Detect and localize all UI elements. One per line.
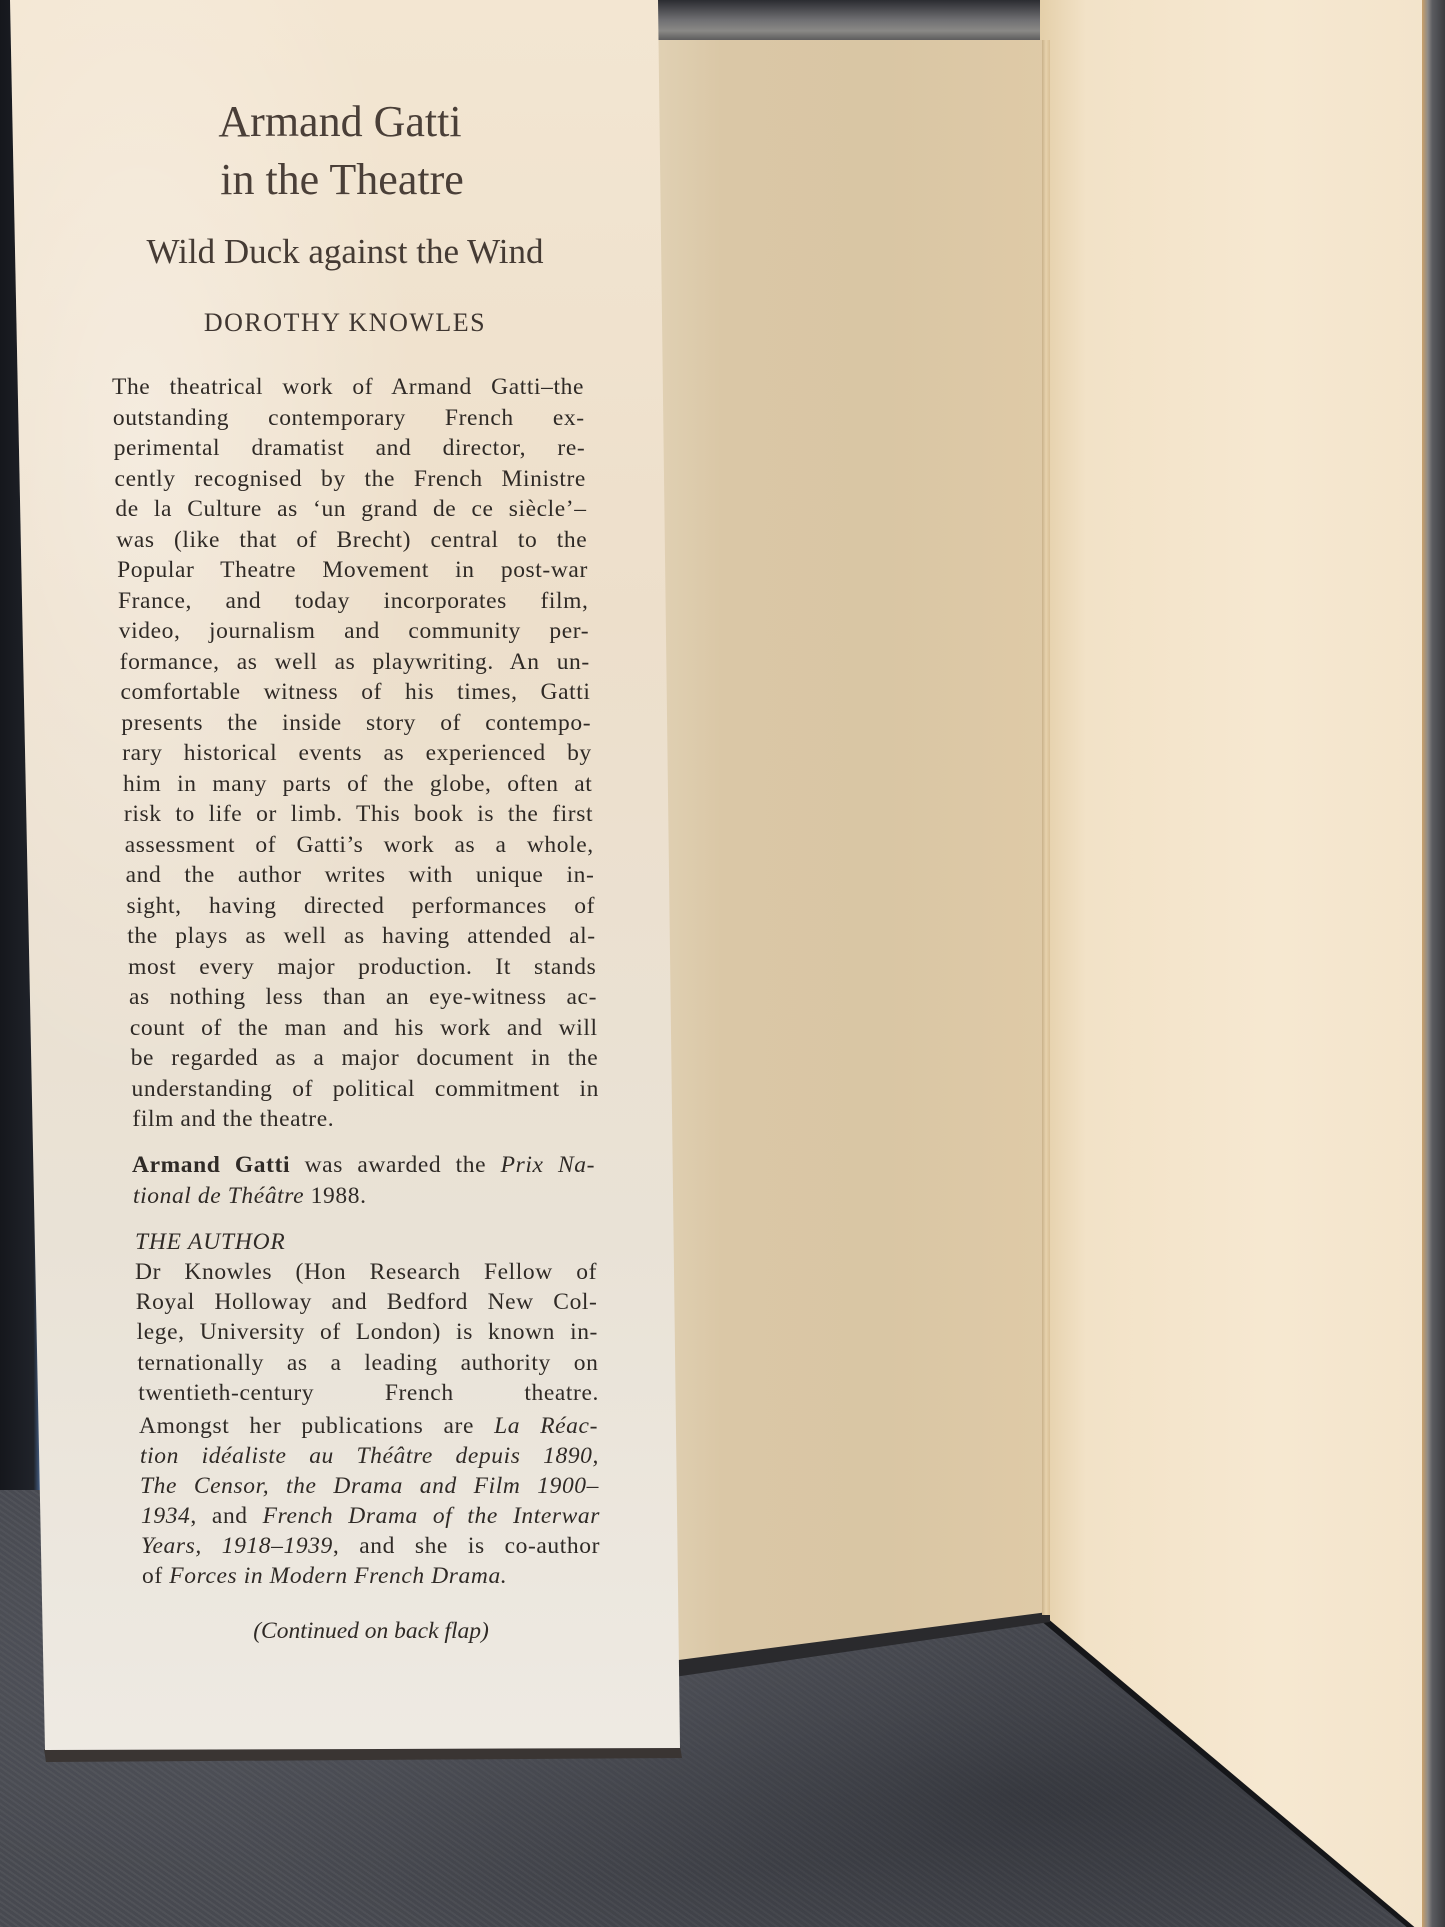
blurb-line: presents the inside story of contempo- (121, 710, 591, 737)
blurb-line: film and the theatre. (132, 1106, 599, 1133)
publication-1a: La Réac- (494, 1413, 598, 1439)
of-text: of (142, 1563, 169, 1589)
flap-text: Armand Gatti in the Theatre Wild Duck ag… (0, 0, 700, 1760)
blurb-line: was (like that of Brecht) central to the (116, 527, 587, 554)
blurb-line: comfortable witness of his times, Gatti (121, 679, 591, 706)
blurb-line: as nothing less than an eye-witness ac- (129, 984, 597, 1011)
pastedown-endpaper (640, 40, 1048, 1670)
blurb-line: perimental dramatist and director, re- (114, 435, 586, 462)
blurb-line: understanding of political commitment in (132, 1076, 599, 1103)
blurb-line: assessment of Gatti’s work as a whole, (125, 832, 594, 859)
award-line-1: Armand Gatti was awarded the Prix Na- (132, 1152, 595, 1179)
blurb-line: France, and today incorporates film, (118, 588, 589, 615)
book-hinge (1042, 40, 1050, 1615)
blurb-line: cently recognised by the French Ministre (115, 466, 586, 493)
blurb-line: Popular Theatre Movement in post-war (117, 557, 588, 584)
publication-3b: Years, 1918–1939 (141, 1533, 333, 1559)
blurb-line: count of the man and his work and will (130, 1015, 598, 1042)
author-heading: THE AUTHOR (135, 1229, 286, 1256)
bio-line: Dr Knowles (Hon Research Fellow of (135, 1259, 597, 1286)
bio-line-6: Amongst her publications are La Réac- (139, 1413, 598, 1440)
blurb-line: de la Culture as ‘un grand de ce siècle’… (115, 496, 586, 523)
blurb-line: sight, having directed performances of (126, 893, 595, 920)
publication-3a: French Drama of the Interwar (263, 1503, 600, 1529)
bio-line-7: tion idéaliste au Théâtre depuis 1890, (140, 1443, 599, 1470)
blurb-line: video, journalism and community per- (119, 618, 589, 645)
publication-4: Forces in Modern French Drama. (169, 1563, 507, 1589)
bio-line-9: 1934, and French Drama of the Interwar (141, 1503, 600, 1530)
and-text: , and (190, 1503, 262, 1529)
bio-line: twentieth-century French theatre. (138, 1380, 599, 1407)
book-author: DOROTHY KNOWLES (95, 308, 595, 338)
coauthor-text: , and she is co-author (333, 1533, 600, 1559)
book-title-line-1: Armand Gatti (90, 96, 590, 147)
award-text: was awarded the (290, 1152, 500, 1178)
publication-2b: 1934 (141, 1503, 190, 1529)
book-title-line-2: in the Theatre (92, 154, 592, 205)
bio-line: lege, University of London) is known in- (137, 1319, 598, 1346)
bio-line: Royal Holloway and Bedford New Col- (136, 1289, 598, 1316)
award-year: 1988. (304, 1183, 366, 1209)
free-endpaper (1040, 0, 1426, 1927)
blurb-line: rary historical events as experienced by (122, 740, 592, 767)
blurb-line: The theatrical work of Armand Gatti–the (112, 374, 584, 401)
award-line-2: tional de Théâtre 1988. (133, 1183, 596, 1210)
blurb-line: be regarded as a major document in the (131, 1045, 599, 1072)
blurb-line: him in many parts of the globe, often at (123, 771, 592, 798)
continued-note: (Continued on back flap) (131, 1618, 611, 1645)
book-subtitle: Wild Duck against the Wind (65, 232, 625, 272)
blurb-line: the plays as well as having attended al- (127, 923, 595, 950)
bio-line: ternationally as a leading authority on (137, 1350, 598, 1377)
blurb-line: outstanding contemporary French ex- (113, 405, 585, 432)
blurb-line: and the author writes with unique in- (126, 862, 595, 889)
award-prize-2: tional de Théâtre (133, 1183, 304, 1209)
bio-line-11: of Forces in Modern French Drama. (142, 1563, 601, 1590)
bio-line-10: Years, 1918–1939, and she is co-author (141, 1533, 600, 1560)
blurb-line: formance, as well as playwriting. An un- (120, 649, 590, 676)
blurb-line: risk to life or limb. This book is the f… (124, 801, 593, 828)
right-board-edge (1422, 0, 1445, 1927)
publications-intro: Amongst her publications are (139, 1413, 494, 1439)
award-prize-1: Prix Na- (501, 1152, 595, 1178)
bio-line-8: The Censor, the Drama and Film 1900– (140, 1473, 599, 1500)
blurb-line: most every major production. It stands (128, 954, 596, 981)
award-name: Armand Gatti (132, 1152, 290, 1178)
